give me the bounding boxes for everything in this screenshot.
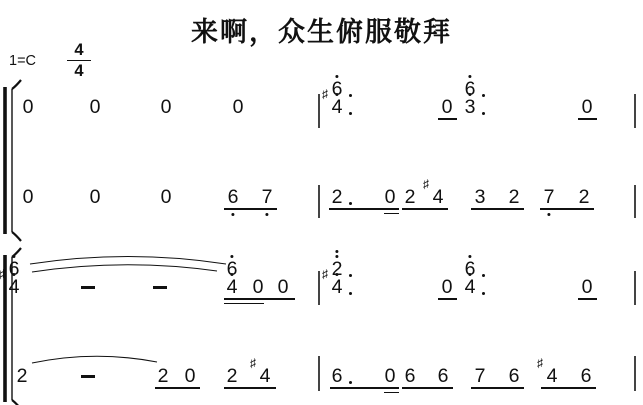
beam-line — [578, 298, 597, 300]
rest-note: 0 — [578, 277, 596, 297]
note: 2 — [575, 187, 593, 207]
rest-note: 0 — [86, 187, 104, 207]
note-number: 0 — [253, 276, 264, 298]
note-number: 7 — [544, 186, 555, 208]
beam-line — [224, 298, 295, 300]
note-number: 2 — [509, 186, 520, 208]
note: 2 — [401, 187, 419, 207]
tie-slur — [32, 265, 217, 272]
note: 4♯ — [328, 97, 346, 117]
note-number: 0 — [582, 96, 593, 118]
note: 4 — [461, 277, 479, 297]
barline — [634, 185, 636, 218]
note-number: 0 — [161, 186, 172, 208]
rest-note: 0 — [181, 366, 199, 386]
octave-down-dot — [231, 213, 234, 216]
beam-line — [224, 208, 277, 210]
beam-line — [224, 303, 264, 305]
beam-line — [541, 387, 596, 389]
sharp-icon: ♯ — [423, 178, 429, 190]
sharp-icon: ♯ — [0, 268, 5, 280]
note: 2 — [328, 187, 346, 207]
note-number: 2 — [17, 365, 28, 387]
song-title: 来啊，众生俯服敬拜 — [0, 10, 643, 49]
note: 2 — [154, 366, 172, 386]
note: 4 — [223, 277, 241, 297]
sharp-icon: ♯ — [537, 357, 543, 369]
duration-dot — [349, 202, 352, 205]
note-number: 4 — [227, 276, 238, 298]
note: 3 — [461, 97, 479, 117]
barline — [318, 185, 320, 218]
dash-note — [81, 375, 95, 378]
note-number: 0 — [90, 96, 101, 118]
duration-dot — [482, 292, 485, 295]
barline — [634, 271, 636, 305]
note: 4♯ — [5, 277, 23, 297]
time-signature: 4 4 — [67, 40, 91, 81]
dash-note — [153, 286, 167, 289]
note-number: 7 — [475, 365, 486, 387]
rest-note: 0 — [438, 277, 456, 297]
beam-line — [438, 118, 457, 120]
note-number: 0 — [161, 96, 172, 118]
octave-down-dot — [547, 213, 550, 216]
note-number: 4 — [260, 365, 271, 387]
note: 6 — [224, 187, 242, 207]
barline — [634, 356, 636, 391]
rest-note: 0 — [381, 187, 399, 207]
beam-line — [578, 118, 597, 120]
note: 4♯ — [429, 187, 447, 207]
note-number: 0 — [278, 276, 289, 298]
note-number: 2 — [579, 186, 590, 208]
barline — [318, 271, 320, 305]
note-number: 0 — [442, 276, 453, 298]
rest-note: 0 — [157, 187, 175, 207]
note-number: 0 — [233, 96, 244, 118]
note-number: 3 — [465, 96, 476, 118]
barline — [318, 94, 320, 128]
duration-dot — [349, 94, 352, 97]
note: 6 — [505, 366, 523, 386]
tie-slur — [32, 356, 157, 363]
note-number: 7 — [262, 186, 273, 208]
note-number: 6 — [438, 365, 449, 387]
beam-line — [384, 392, 399, 394]
beam-line — [438, 298, 457, 300]
note-number: 4 — [433, 186, 444, 208]
rest-note: 0 — [19, 187, 37, 207]
note: 6 — [401, 366, 419, 386]
note-number: 2 — [227, 365, 238, 387]
beam-line — [155, 387, 200, 389]
rest-note: 0 — [438, 97, 456, 117]
note-number: 6 — [405, 365, 416, 387]
tie-slur — [30, 257, 226, 265]
note-number: 6 — [228, 186, 239, 208]
note-number: 0 — [23, 186, 34, 208]
note-number: 3 — [475, 186, 486, 208]
time-signature-numerator: 4 — [67, 40, 91, 61]
rest-note: 0 — [578, 97, 596, 117]
beam-line — [402, 208, 448, 210]
sharp-icon: ♯ — [322, 88, 328, 100]
time-signature-denominator: 4 — [67, 61, 91, 81]
beam-line — [329, 208, 399, 210]
note: 3 — [471, 187, 489, 207]
note: 2 — [505, 187, 523, 207]
note-number: 4 — [332, 276, 343, 298]
beam-line — [224, 387, 276, 389]
sharp-icon: ♯ — [322, 268, 328, 280]
note: 4♯ — [256, 366, 274, 386]
note-number: 0 — [23, 96, 34, 118]
note-number: 4 — [547, 365, 558, 387]
duration-dot — [482, 274, 485, 277]
duration-dot — [349, 112, 352, 115]
note-number: 0 — [90, 186, 101, 208]
note: 7 — [540, 187, 558, 207]
beam-line — [471, 208, 524, 210]
note-number: 2 — [158, 365, 169, 387]
note: 6 — [434, 366, 452, 386]
note-number: 6 — [332, 365, 343, 387]
duration-dot — [482, 112, 485, 115]
duration-dot — [349, 274, 352, 277]
note: 7 — [258, 187, 276, 207]
note: 2 — [223, 366, 241, 386]
barline — [634, 94, 636, 128]
duration-dot — [349, 381, 352, 384]
barline — [318, 356, 320, 391]
octave-down-dot — [265, 213, 268, 216]
rest-note: 0 — [19, 97, 37, 117]
duration-dot — [349, 292, 352, 295]
note: 4♯ — [328, 277, 346, 297]
rest-note: 0 — [381, 366, 399, 386]
dash-note — [81, 286, 95, 289]
bracket-wing-top — [12, 80, 21, 89]
sharp-icon: ♯ — [250, 357, 256, 369]
note: 6 — [328, 366, 346, 386]
note-number: 0 — [442, 96, 453, 118]
note-number: 4 — [465, 276, 476, 298]
note: 7 — [471, 366, 489, 386]
duration-dot — [482, 94, 485, 97]
note-number: 0 — [185, 365, 196, 387]
rest-note: 0 — [229, 97, 247, 117]
key-signature: 1=C — [9, 53, 36, 69]
note-number: 6 — [581, 365, 592, 387]
note-number: 0 — [582, 276, 593, 298]
beam-line — [540, 208, 594, 210]
note-number: 2 — [405, 186, 416, 208]
beam-line — [330, 387, 399, 389]
beam-line — [471, 387, 524, 389]
note-number: 0 — [385, 186, 396, 208]
note-number: 6 — [509, 365, 520, 387]
note-number: 4 — [332, 96, 343, 118]
rest-note: 0 — [274, 277, 292, 297]
note: 6 — [577, 366, 595, 386]
sheet-music-page: 来啊，众生俯服敬拜 1=C 4 4 000064♯0630000672024♯3… — [0, 0, 643, 405]
note-number: 4 — [9, 276, 20, 298]
beam-line — [402, 387, 453, 389]
bracket-wing-bottom — [12, 400, 21, 405]
rest-note: 0 — [157, 97, 175, 117]
rest-note: 0 — [249, 277, 267, 297]
beam-line — [384, 213, 399, 215]
rest-note: 0 — [86, 97, 104, 117]
note: 2 — [13, 366, 31, 386]
bracket-wing-bottom — [12, 232, 21, 241]
note: 4♯ — [543, 366, 561, 386]
note-number: 2 — [332, 186, 343, 208]
octave-up-dot — [335, 250, 338, 253]
note-number: 0 — [385, 365, 396, 387]
